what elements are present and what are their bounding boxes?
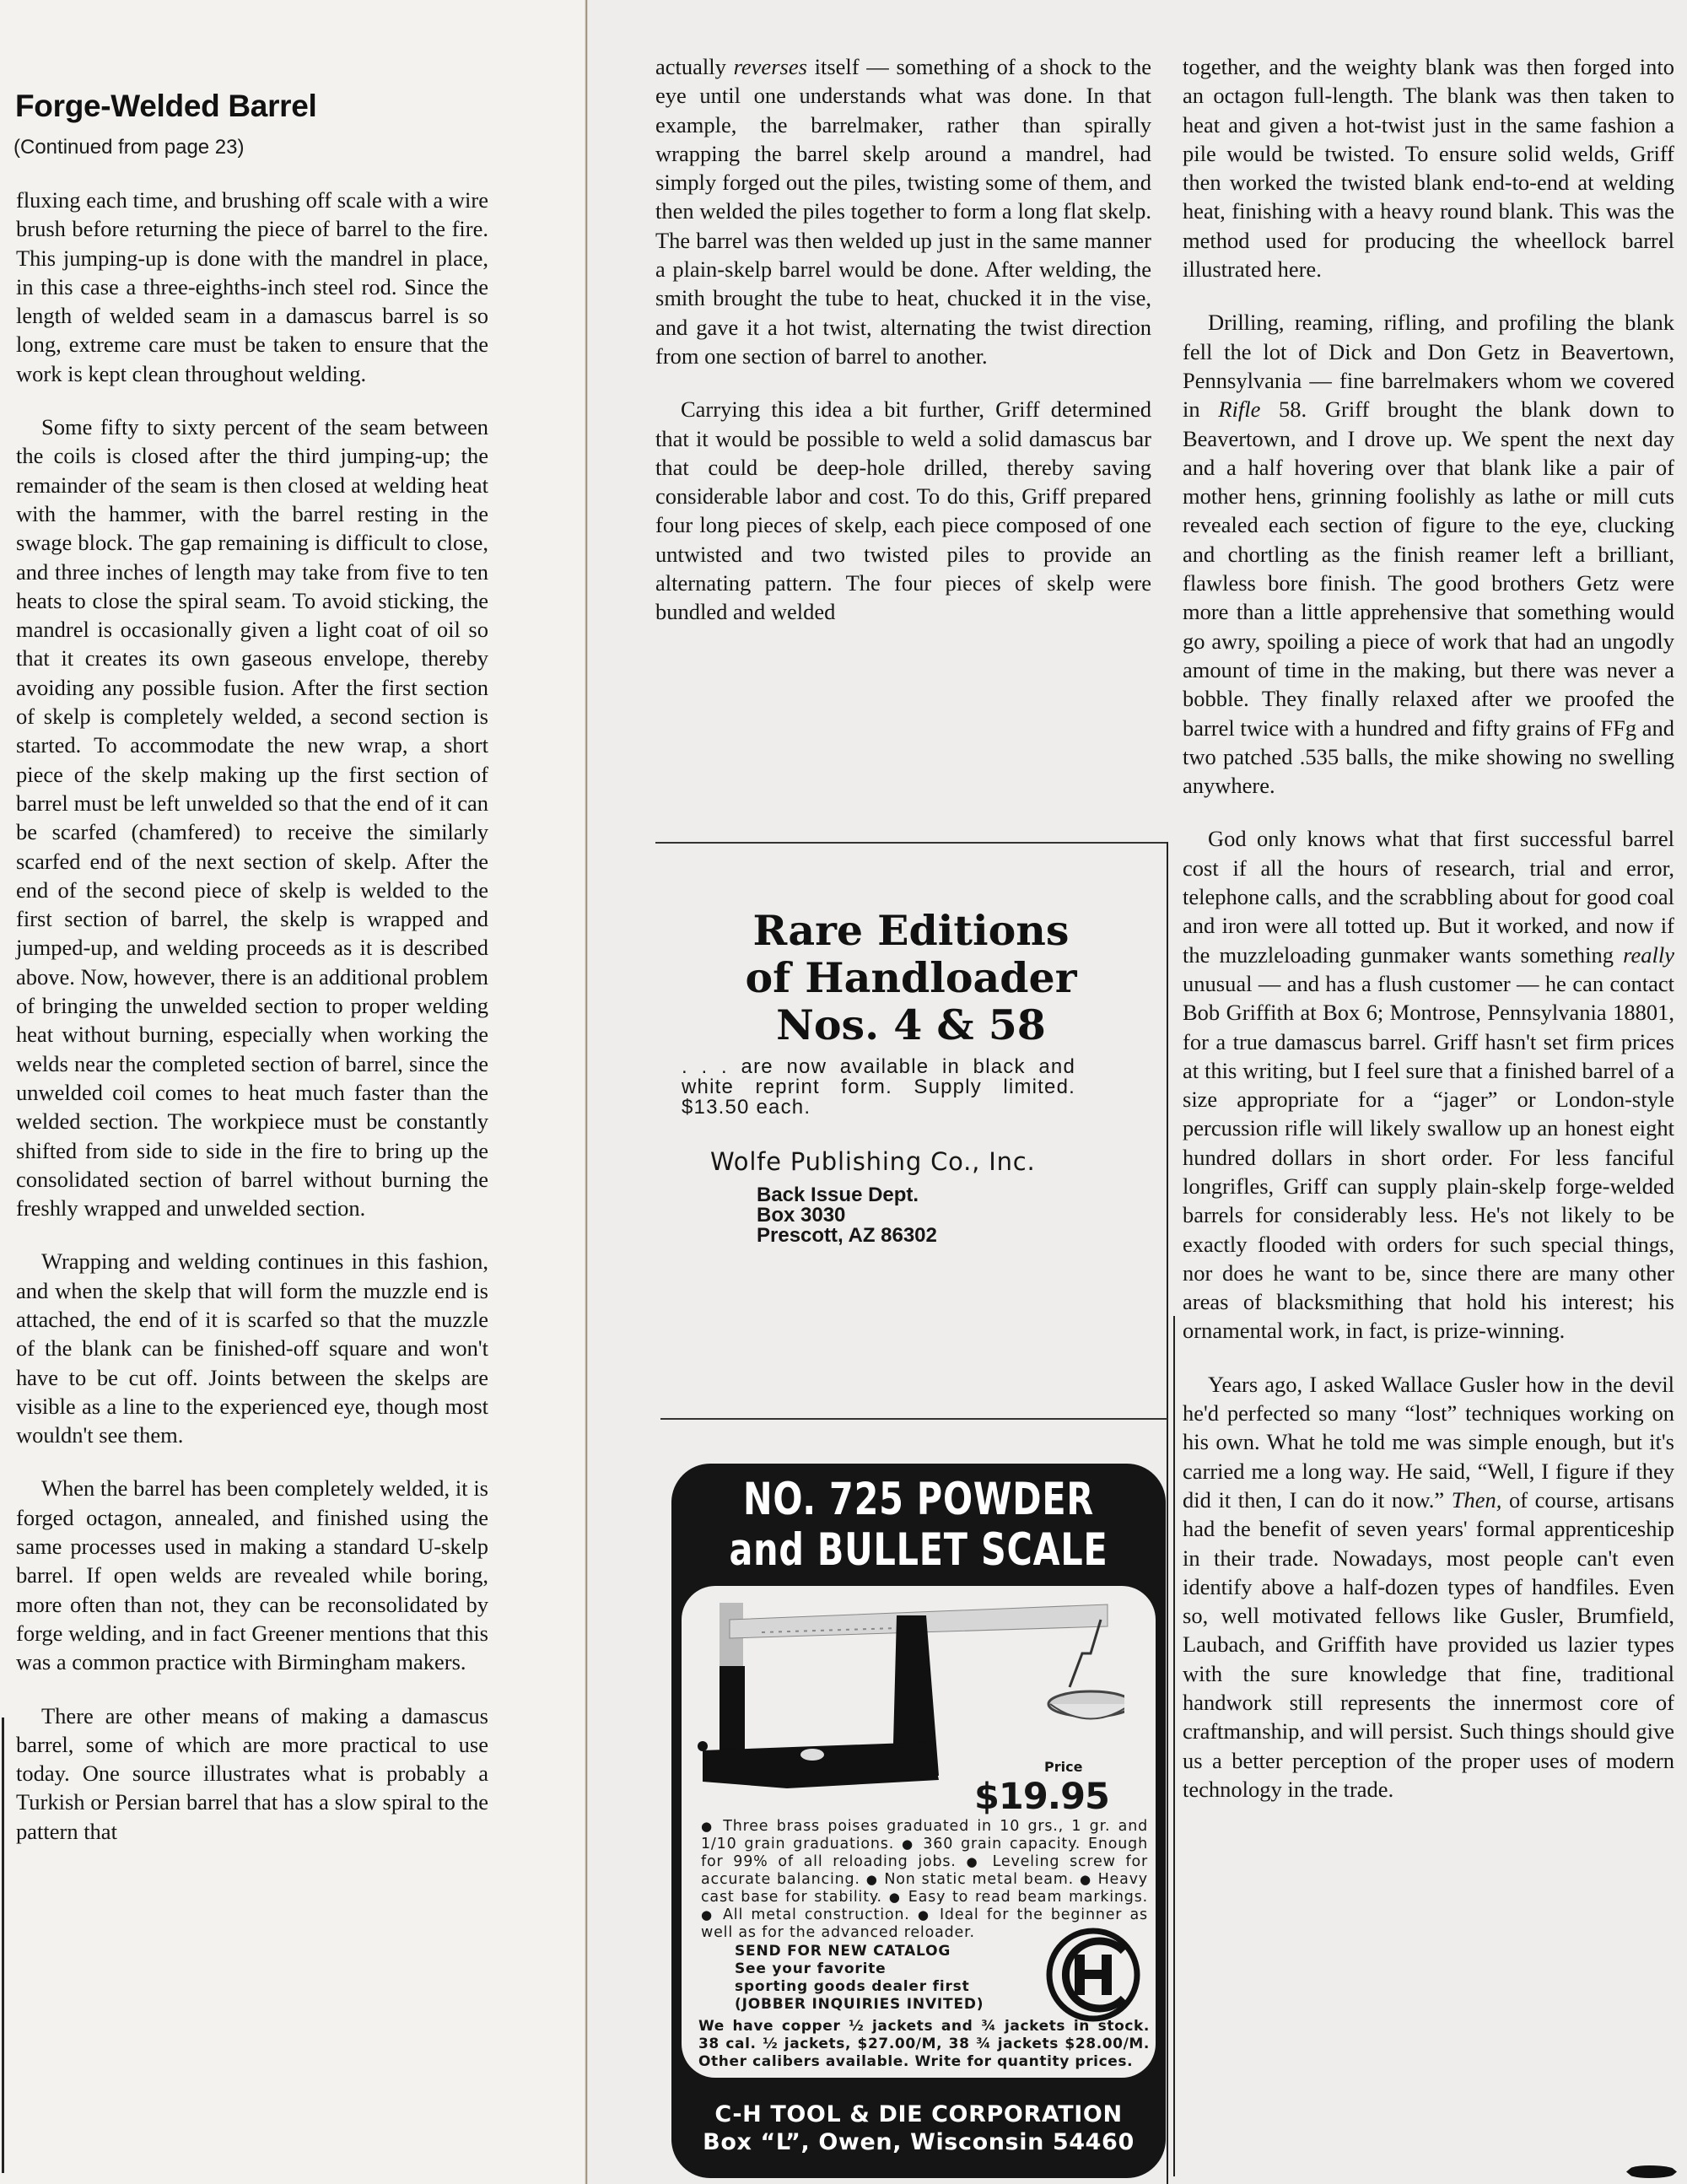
ad-powder-scale: NO. 725 POWDER and BULLET SCALE Price $1… <box>671 1464 1166 2178</box>
ad-headline: NO. 725 POWDER and BULLET SCALE <box>725 1475 1111 1576</box>
article-title: Forge-Welded Barrel <box>15 89 317 124</box>
paragraph: Carrying this idea a bit further, Griff … <box>655 395 1151 626</box>
company-block: C-H TOOL & DIE CORPORATION Box “L”, Owen… <box>671 2100 1166 2156</box>
paragraph: Wrapping and welding continues in this f… <box>16 1247 488 1449</box>
paragraph: Some fifty to sixty percent of the seam … <box>16 413 488 1222</box>
feature-list: ● Three brass poises graduated in 10 grs… <box>701 1818 1148 1942</box>
jackets-offer: We have copper ½ jackets and ¾ jackets i… <box>698 2018 1150 2071</box>
continued-note: (Continued from page 23) <box>13 136 245 159</box>
price-label: Price <box>1044 1759 1082 1775</box>
paragraph: There are other means of making a damasc… <box>16 1701 488 1846</box>
ad-divider-rule <box>660 1418 1167 1420</box>
catalog-offer: SEND FOR NEW CATALOG See your favorite s… <box>735 1943 984 2014</box>
publisher-address: Back Issue Dept. Box 3030 Prescott, AZ 8… <box>757 1185 937 1246</box>
paragraph: Drilling, reaming, rifling, and profilin… <box>1183 308 1674 800</box>
middle-column: actually reverses itself — something of … <box>655 52 1151 651</box>
powder-scale-illustration-icon <box>686 1586 1124 1788</box>
paragraph: Years ago, I asked Wallace Gusler how in… <box>1183 1370 1674 1804</box>
paragraph: fluxing each time, and brushing off scal… <box>16 186 488 388</box>
right-column: together, and the weighty blank was then… <box>1183 52 1674 1828</box>
column-rule-right <box>1173 1316 1175 2176</box>
italic-emphasis: Rifle <box>1218 396 1260 422</box>
italic-emphasis: really <box>1623 942 1674 968</box>
ad-headline: Rare Editions of Handloader Nos. 4 & 58 <box>658 907 1164 1049</box>
paragraph: When the barrel has been completely weld… <box>16 1474 488 1676</box>
price: $19.95 <box>974 1776 1109 1818</box>
end-of-article-mark-icon <box>1626 2165 1677 2178</box>
ad-panel: Price $19.95 ● Three brass poises gradua… <box>682 1586 1156 2078</box>
left-column: fluxing each time, and brushing off scal… <box>16 186 488 1870</box>
paragraph: actually reverses itself — something of … <box>655 52 1151 370</box>
paragraph: together, and the weighty blank was then… <box>1183 52 1674 283</box>
ch-logo-icon <box>1046 1928 1140 2022</box>
italic-emphasis: Then, <box>1452 1487 1502 1513</box>
ad-body-text: . . . are now available in black and whi… <box>682 1057 1075 1118</box>
italic-emphasis: reverses <box>734 54 807 79</box>
margin-rule <box>2 1718 4 2173</box>
paragraph: God only knows what that first successfu… <box>1183 824 1674 1345</box>
ad-rare-editions: Rare Editions of Handloader Nos. 4 & 58 … <box>658 844 1164 1417</box>
ad-right-rule <box>1167 842 1168 2184</box>
publisher-name: Wolfe Publishing Co., Inc. <box>710 1147 1036 1176</box>
